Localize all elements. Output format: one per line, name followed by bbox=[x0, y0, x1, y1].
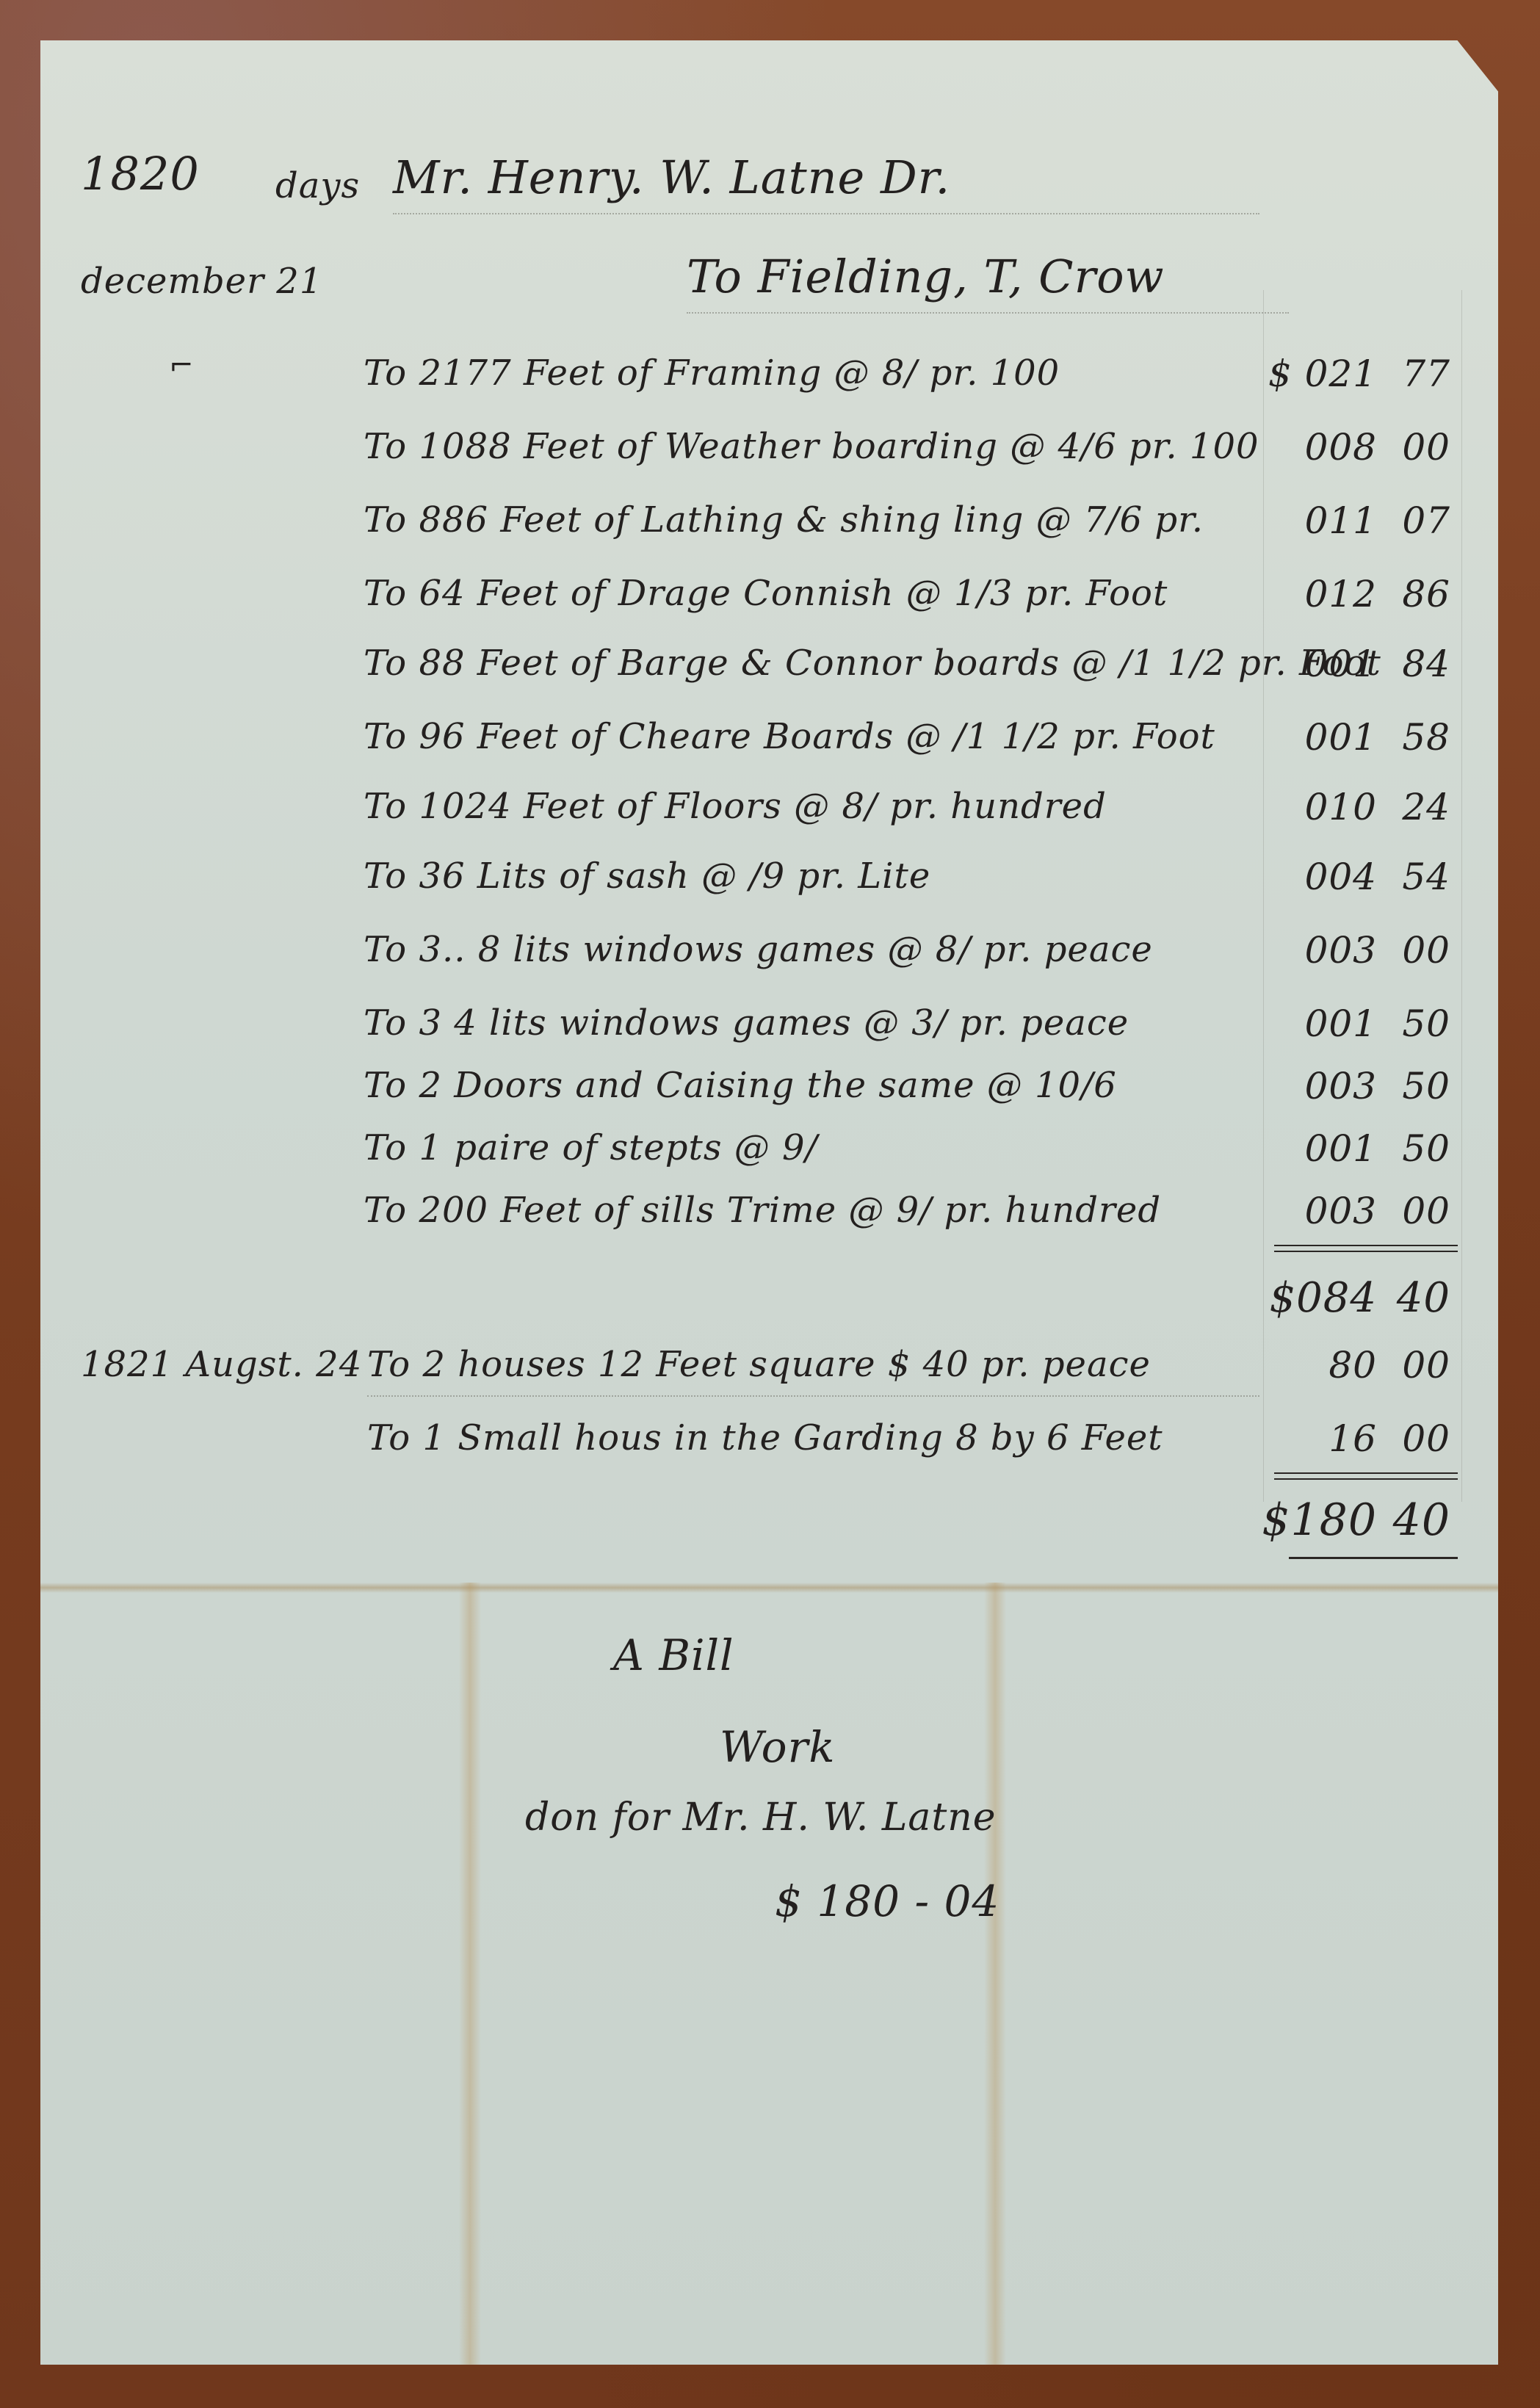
line-item-cents: 00 bbox=[1392, 1190, 1450, 1232]
line-item: To 1088 Feet of Weather boarding @ 4/6 p… bbox=[364, 426, 1259, 467]
ruled-margin-line bbox=[1461, 290, 1462, 1502]
line-item: To 886 Feet of Lathing & shing ling @ 7/… bbox=[364, 499, 1204, 540]
line-item-dollars: 003 bbox=[1245, 929, 1377, 972]
additional-date: 1821 Augst. 24 bbox=[81, 1344, 362, 1385]
additional-item-cents: 00 bbox=[1392, 1344, 1450, 1386]
endorsement-amount: $ 180 - 04 bbox=[775, 1876, 999, 1926]
line-item-cents: 77 bbox=[1392, 352, 1450, 395]
line-item-dollars: 001 bbox=[1245, 1002, 1377, 1045]
total-dollars: $180 bbox=[1215, 1494, 1377, 1546]
line-item-dollars: 004 bbox=[1245, 856, 1377, 898]
line-item-dollars: 010 bbox=[1245, 786, 1377, 828]
additional-item-dollars: 16 bbox=[1245, 1417, 1377, 1460]
horizontal-fold bbox=[40, 1583, 1498, 1593]
line-item-cents: 00 bbox=[1392, 426, 1450, 469]
line-item: To 36 Lits of sash @ /9 pr. Lite bbox=[364, 856, 930, 897]
line-item: To 96 Feet of Cheare Boards @ /1 1/2 pr.… bbox=[364, 716, 1215, 757]
total-underline bbox=[1289, 1557, 1458, 1559]
line-item-cents: 58 bbox=[1392, 716, 1450, 759]
total-rule bbox=[1274, 1478, 1458, 1480]
subtotal-rule bbox=[1274, 1245, 1458, 1246]
line-item: To 64 Feet of Drage Connish @ 1/3 pr. Fo… bbox=[364, 573, 1168, 614]
line-item-cents: 54 bbox=[1392, 856, 1450, 898]
line-item-dollars: 001 bbox=[1245, 716, 1377, 759]
line-item-dollars: 008 bbox=[1245, 426, 1377, 469]
line-item: To 1 paire of stepts @ 9/ bbox=[364, 1127, 818, 1168]
endorsement-line-work: Work bbox=[720, 1722, 835, 1772]
additional-rule bbox=[367, 1395, 1259, 1397]
line-item-dollars: 001 bbox=[1245, 643, 1377, 685]
additional-item-dollars: 80 bbox=[1245, 1344, 1377, 1386]
line-item-dollars: 012 bbox=[1245, 573, 1377, 615]
line-item: To 1024 Feet of Floors @ 8/ pr. hundred bbox=[364, 786, 1107, 827]
line-item-cents: 50 bbox=[1392, 1127, 1450, 1170]
line-item-dollars: $ 021 bbox=[1245, 352, 1377, 395]
line-item: To 88 Feet of Barge & Connor boards @ /1… bbox=[364, 643, 1381, 684]
line-item-dollars: 003 bbox=[1245, 1190, 1377, 1232]
vertical-fold-left bbox=[459, 1583, 481, 2365]
creditor-name: To Fielding, T, Crow bbox=[687, 250, 1165, 303]
line-item: To 3.. 8 lits windows games @ 8/ pr. pea… bbox=[364, 929, 1153, 970]
date: december 21 bbox=[81, 261, 322, 302]
line-item: To 2 Doors and Caising the same @ 10/6 bbox=[364, 1065, 1117, 1106]
additional-item: To 2 houses 12 Feet square $ 40 pr. peac… bbox=[367, 1344, 1151, 1385]
line-item-cents: 07 bbox=[1392, 499, 1450, 542]
subtotal-dollars: $084 bbox=[1230, 1274, 1377, 1322]
days-label: days bbox=[275, 165, 360, 206]
additional-item: To 1 Small hous in the Garding 8 by 6 Fe… bbox=[367, 1417, 1163, 1458]
endorsement-title: A Bill bbox=[613, 1630, 734, 1680]
subtotal-cents: 40 bbox=[1392, 1274, 1450, 1322]
line-item-cents: 50 bbox=[1392, 1065, 1450, 1107]
year: 1820 bbox=[81, 147, 200, 200]
line-item-dollars: 003 bbox=[1245, 1065, 1377, 1107]
vertical-fold-center bbox=[984, 1583, 1006, 2365]
additional-item-cents: 00 bbox=[1392, 1417, 1450, 1460]
header-rule bbox=[393, 213, 1259, 214]
margin-mark: ⌐ bbox=[169, 349, 195, 383]
line-item: To 200 Feet of sills Trime @ 9/ pr. hund… bbox=[364, 1190, 1161, 1231]
line-item: To 3 4 lits windows games @ 3/ pr. peace bbox=[364, 1002, 1129, 1044]
creditor-rule bbox=[687, 312, 1289, 314]
line-item-cents: 24 bbox=[1392, 786, 1450, 828]
line-item-cents: 86 bbox=[1392, 573, 1450, 615]
line-item-cents: 50 bbox=[1392, 1002, 1450, 1045]
line-item-dollars: 011 bbox=[1245, 499, 1377, 542]
line-item-cents: 84 bbox=[1392, 643, 1450, 685]
document-paper: 1820 days Mr. Henry. W. Latne Dr. decemb… bbox=[40, 40, 1498, 2365]
line-item-cents: 00 bbox=[1392, 929, 1450, 972]
subtotal-rule bbox=[1274, 1251, 1458, 1252]
line-item-dollars: 001 bbox=[1245, 1127, 1377, 1170]
debtor-name: Mr. Henry. W. Latne Dr. bbox=[393, 151, 950, 204]
endorsement-line-done-for: don for Mr. H. W. Latne bbox=[525, 1796, 997, 1840]
total-rule bbox=[1274, 1472, 1458, 1474]
total-cents: 40 bbox=[1392, 1494, 1450, 1546]
line-item: To 2177 Feet of Framing @ 8/ pr. 100 bbox=[364, 352, 1060, 394]
